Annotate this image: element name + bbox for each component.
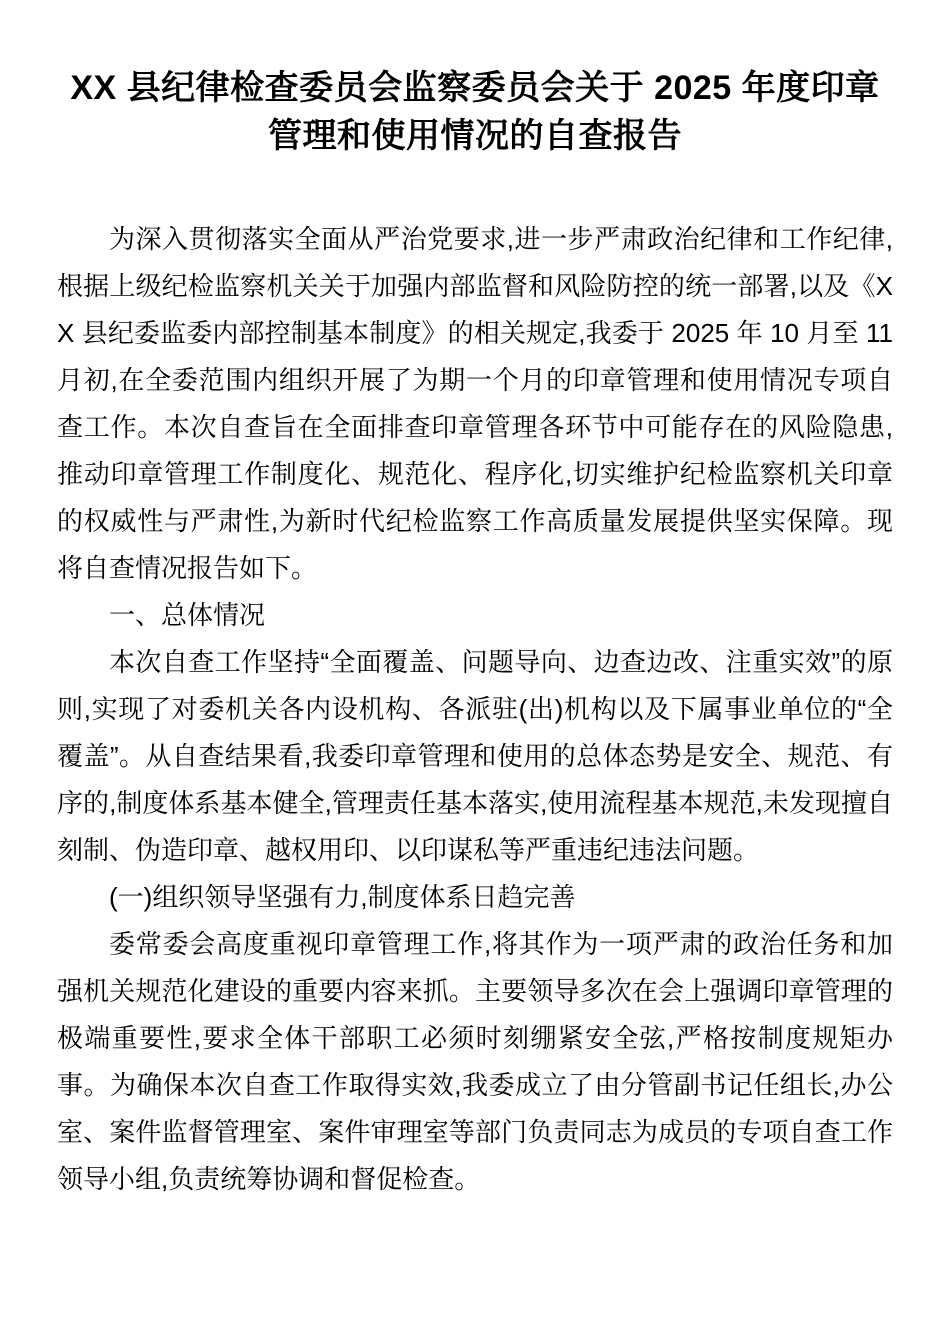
document-body: 为深入贯彻落实全面从严治党要求,进一步严肃政治纪律和工作纪律,根据上级纪检监察机… bbox=[57, 216, 893, 1203]
document-title: XX 县纪律检查委员会监察委员会关于 2025 年度印章 管理和使用情况的自查报… bbox=[57, 64, 893, 160]
title-line-1: XX 县纪律检查委员会监察委员会关于 2025 年度印章 bbox=[57, 64, 893, 112]
document-page: XX 县纪律检查委员会监察委员会关于 2025 年度印章 管理和使用情况的自查报… bbox=[0, 0, 950, 1344]
subsection-heading-organization-leadership: (一)组织领导坚强有力,制度体系日趋完善 bbox=[57, 874, 893, 921]
paragraph-intro: 为深入贯彻落实全面从严治党要求,进一步严肃政治纪律和工作纪律,根据上级纪检监察机… bbox=[57, 216, 893, 592]
section-heading-overall-situation: 一、总体情况 bbox=[57, 592, 893, 639]
paragraph-overall-situation: 本次自查工作坚持“全面覆盖、问题导向、边查边改、注重实效”的原则,实现了对委机关… bbox=[57, 639, 893, 874]
title-line-2: 管理和使用情况的自查报告 bbox=[57, 112, 893, 160]
paragraph-organization-leadership: 委常委会高度重视印章管理工作,将其作为一项严肃的政治任务和加强机关规范化建设的重… bbox=[57, 921, 893, 1203]
